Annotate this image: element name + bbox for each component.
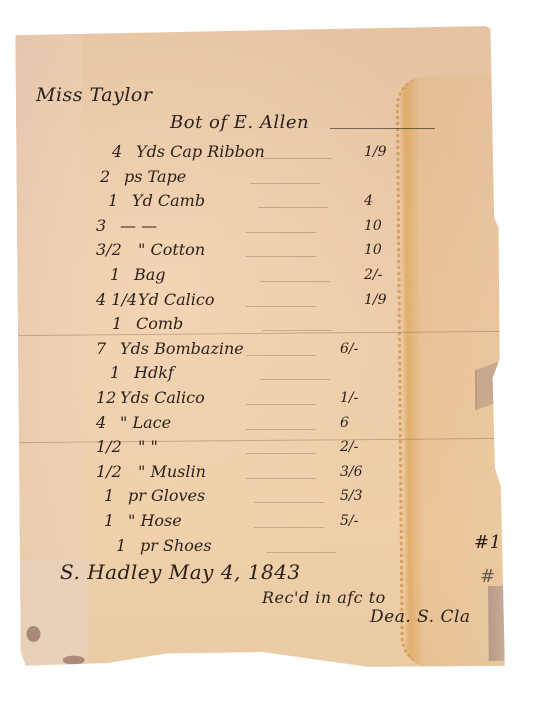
item-price: 2/- [340, 439, 358, 455]
item-underline [260, 379, 330, 380]
torn-edge-flap [488, 586, 505, 661]
item-description: " " [138, 437, 158, 456]
item-underline [246, 232, 316, 233]
item-quantity: 3/2 [96, 240, 122, 259]
item-underline [262, 330, 332, 331]
item-underline [266, 552, 336, 553]
item-description: Yds Cap Ribbon [136, 142, 265, 161]
item-description: pr Gloves [128, 486, 205, 505]
item-underline [246, 306, 316, 307]
item-quantity: 12 [96, 388, 116, 407]
heading-underline [330, 128, 435, 129]
item-description: pr Shoes [140, 536, 212, 555]
item-underline [254, 527, 324, 528]
item-price: 3/6 [340, 464, 363, 480]
item-description: — — [120, 216, 157, 235]
item-description: " Hose [128, 511, 182, 530]
item-quantity: 1 [116, 536, 126, 555]
item-quantity: 1 [112, 314, 122, 333]
ink-blot [26, 626, 40, 642]
item-description: Yds Calico [120, 388, 205, 407]
item-description: " Lace [120, 413, 171, 432]
item-price: 1/9 [364, 144, 387, 160]
item-underline [250, 183, 320, 184]
customer-name: Miss Taylor [36, 84, 152, 106]
item-quantity: 1 [104, 486, 114, 505]
item-quantity: 1 [110, 363, 120, 382]
item-quantity: 1 [110, 265, 120, 284]
item-description: Comb [136, 314, 183, 333]
item-description: Yd Calico [138, 290, 215, 309]
item-quantity: 2 [100, 167, 110, 186]
item-underline [246, 355, 316, 356]
item-quantity: 3 [96, 216, 106, 235]
item-quantity: 4 [112, 142, 122, 161]
item-quantity: 4 [96, 413, 106, 432]
item-underline [246, 256, 316, 257]
item-underline [254, 502, 324, 503]
item-price: 10 [364, 218, 382, 234]
item-price: 5/- [340, 513, 358, 529]
item-quantity: 1 [104, 511, 114, 530]
margin-mark: # [480, 566, 496, 587]
item-price: 6/- [340, 341, 358, 357]
item-price: 6 [340, 415, 349, 431]
item-description: Yds Bombazine [120, 339, 244, 358]
item-price: 1/9 [364, 292, 387, 308]
item-underline [258, 207, 328, 208]
item-underline [246, 453, 316, 454]
item-quantity: 1 [108, 191, 118, 210]
item-underline [246, 478, 316, 479]
item-price: 5/3 [340, 488, 363, 504]
item-underline [260, 281, 330, 282]
margin-mark: #1 [474, 532, 502, 553]
item-quantity: 1/2 [96, 462, 122, 481]
item-quantity: 7 [96, 339, 106, 358]
item-price: 10 [364, 242, 382, 258]
item-quantity: 1/2 [96, 437, 122, 456]
receipt-heading: Bot of E. Allen [170, 112, 309, 133]
item-description: Bag [134, 265, 166, 284]
item-price: 4 [364, 193, 373, 209]
item-underline [262, 158, 332, 159]
item-price: 2/- [364, 267, 382, 283]
item-description: Yd Camb [132, 191, 205, 210]
item-description: " Muslin [138, 462, 206, 481]
torn-flap [475, 362, 498, 411]
signature: Dea. S. Cla [370, 607, 471, 627]
item-underline [246, 429, 316, 430]
item-description: Hdkf [134, 363, 174, 382]
item-underline [246, 404, 316, 405]
item-quantity: 4 1/4 [96, 290, 137, 309]
item-description: " Cotton [138, 240, 205, 259]
payment-note: Rec'd in afc to [262, 588, 386, 607]
place-date: S. Hadley May 4, 1843 [60, 560, 301, 584]
item-description: ps Tape [124, 167, 186, 186]
item-price: 1/- [340, 390, 358, 406]
